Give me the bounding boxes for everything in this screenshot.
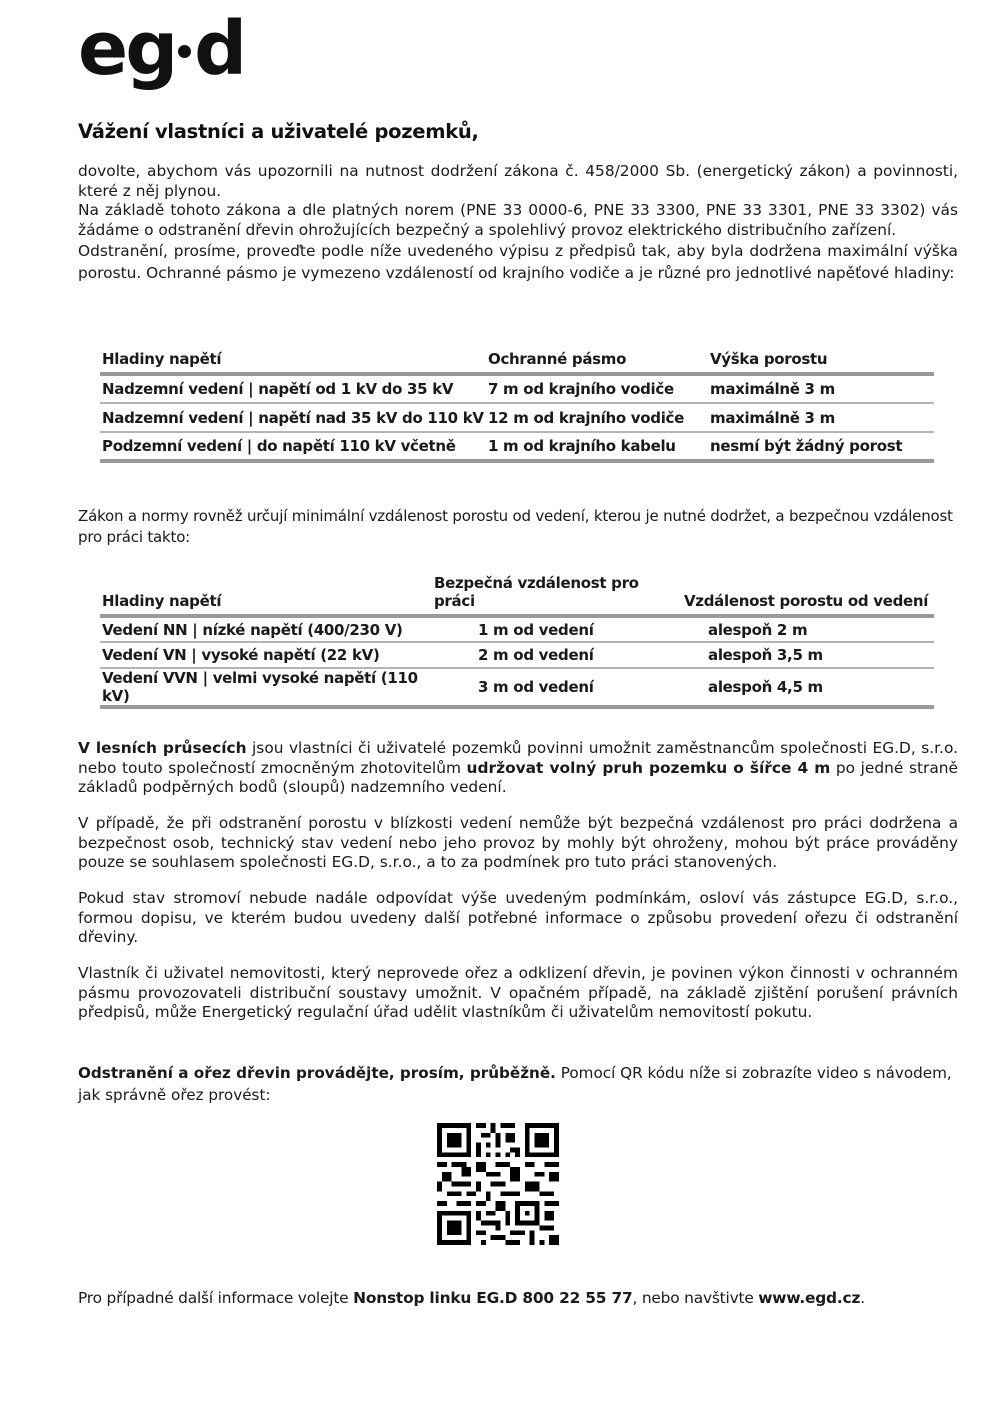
- protection-zone-table: Hladiny napětí Ochranné pásmo Výška poro…: [100, 346, 934, 463]
- table-cell: 12 m od krajního vodiče: [486, 403, 708, 432]
- strip-width-emphasis: udržovat volný pruh pozemku o šířce 4 m: [467, 759, 831, 777]
- table-cell: Vedení VN | vysoké napětí (22 kV): [100, 642, 432, 668]
- footer-contact: Pro případné další informace volejte Non…: [78, 1289, 865, 1307]
- footer-text-mid: , nebo navštivte: [632, 1289, 758, 1307]
- table-cell: Nadzemní vedení | napětí od 1 kV do 35 k…: [100, 374, 486, 403]
- footer-text: Pro případné další informace volejte: [78, 1289, 353, 1307]
- egd-logo: egd: [78, 12, 244, 86]
- qr-intro-paragraph: Odstranění a ořez dřevin provádějte, pro…: [78, 1062, 958, 1106]
- table-cell: Vedení VVN | velmi vysoké napětí (110 kV…: [100, 668, 432, 707]
- hotline-number[interactable]: Nonstop linku EG.D 800 22 55 77: [353, 1289, 632, 1307]
- logo-dot: [178, 45, 191, 58]
- table-cell: maximálně 3 m: [708, 403, 934, 432]
- table-row: Nadzemní vedení | napětí od 1 kV do 35 k…: [100, 374, 934, 403]
- table-cell: Nadzemní vedení | napětí nad 35 kV do 11…: [100, 403, 486, 432]
- table-cell: nesmí být žádný porost: [708, 432, 934, 461]
- forest-emphasis: V lesních průsecích: [78, 739, 247, 757]
- table-header-work-distance: Bezpečná vzdálenost pro práci: [432, 574, 682, 616]
- table-cell: alespoň 4,5 m: [682, 668, 934, 707]
- logo-text-left: eg: [78, 6, 175, 92]
- table-row: Vedení NN | nízké napětí (400/230 V) 1 m…: [100, 616, 934, 642]
- table-cell: 3 m od vedení: [432, 668, 682, 707]
- intro-section: dovolte, abychom vás upozornili na nutno…: [78, 162, 958, 284]
- table-cell: 7 m od krajního vodiče: [486, 374, 708, 403]
- table-cell: Vedení NN | nízké napětí (400/230 V): [100, 616, 432, 642]
- table-row: Vedení VVN | velmi vysoké napětí (110 kV…: [100, 668, 934, 707]
- forest-corridor-paragraph: V lesních průsecích jsou vlastníci či už…: [78, 739, 958, 798]
- intro-paragraph-instructions: Odstranění, prosíme, proveďte podle níže…: [78, 240, 958, 284]
- footer-period: .: [860, 1289, 865, 1307]
- contact-paragraph: Pokud stav stromoví nebude nadále odpoví…: [78, 889, 958, 948]
- table-cell: Podzemní vedení | do napětí 110 kV včetn…: [100, 432, 486, 461]
- table-header-growth-distance: Vzdálenost porostu od vedení: [682, 574, 934, 616]
- table-cell: 1 m od krajního kabelu: [486, 432, 708, 461]
- table-header-voltage: Hladiny napětí: [100, 574, 432, 616]
- qr-intro-emphasis: Odstranění a ořez dřevin provádějte, pro…: [78, 1064, 556, 1082]
- table-header-height: Výška porostu: [708, 346, 934, 374]
- table-row: Nadzemní vedení | napětí nad 35 kV do 11…: [100, 403, 934, 432]
- table-header-row: Hladiny napětí Bezpečná vzdálenost pro p…: [100, 574, 934, 616]
- penalty-paragraph: Vlastník či uživatel nemovitosti, který …: [78, 964, 958, 1023]
- table-cell: alespoň 2 m: [682, 616, 934, 642]
- table-row: Podzemní vedení | do napětí 110 kV včetn…: [100, 432, 934, 461]
- intro-paragraph-norms: Na základě tohoto zákona a dle platných …: [78, 201, 958, 240]
- safety-paragraph: V případě, že při odstranění porostu v b…: [78, 814, 958, 873]
- table-cell: 1 m od vedení: [432, 616, 682, 642]
- website-link[interactable]: www.egd.cz: [758, 1289, 860, 1307]
- table-header-row: Hladiny napětí Ochranné pásmo Výška poro…: [100, 346, 934, 374]
- table-header-voltage: Hladiny napětí: [100, 346, 486, 374]
- qr-code-icon[interactable]: [437, 1123, 559, 1245]
- logo-text-right: d: [194, 6, 244, 92]
- table-cell: maximálně 3 m: [708, 374, 934, 403]
- safe-distance-table: Hladiny napětí Bezpečná vzdálenost pro p…: [100, 574, 934, 709]
- distance-intro: Zákon a normy rovněž určují minimální vz…: [78, 506, 958, 548]
- table-cell: 2 m od vedení: [432, 642, 682, 668]
- letter-salutation: Vážení vlastníci a uživatelé pozemků,: [78, 120, 479, 143]
- table-row: Vedení VN | vysoké napětí (22 kV) 2 m od…: [100, 642, 934, 668]
- table-header-zone: Ochranné pásmo: [486, 346, 708, 374]
- intro-paragraph-law: dovolte, abychom vás upozornili na nutno…: [78, 162, 958, 201]
- table-cell: alespoň 3,5 m: [682, 642, 934, 668]
